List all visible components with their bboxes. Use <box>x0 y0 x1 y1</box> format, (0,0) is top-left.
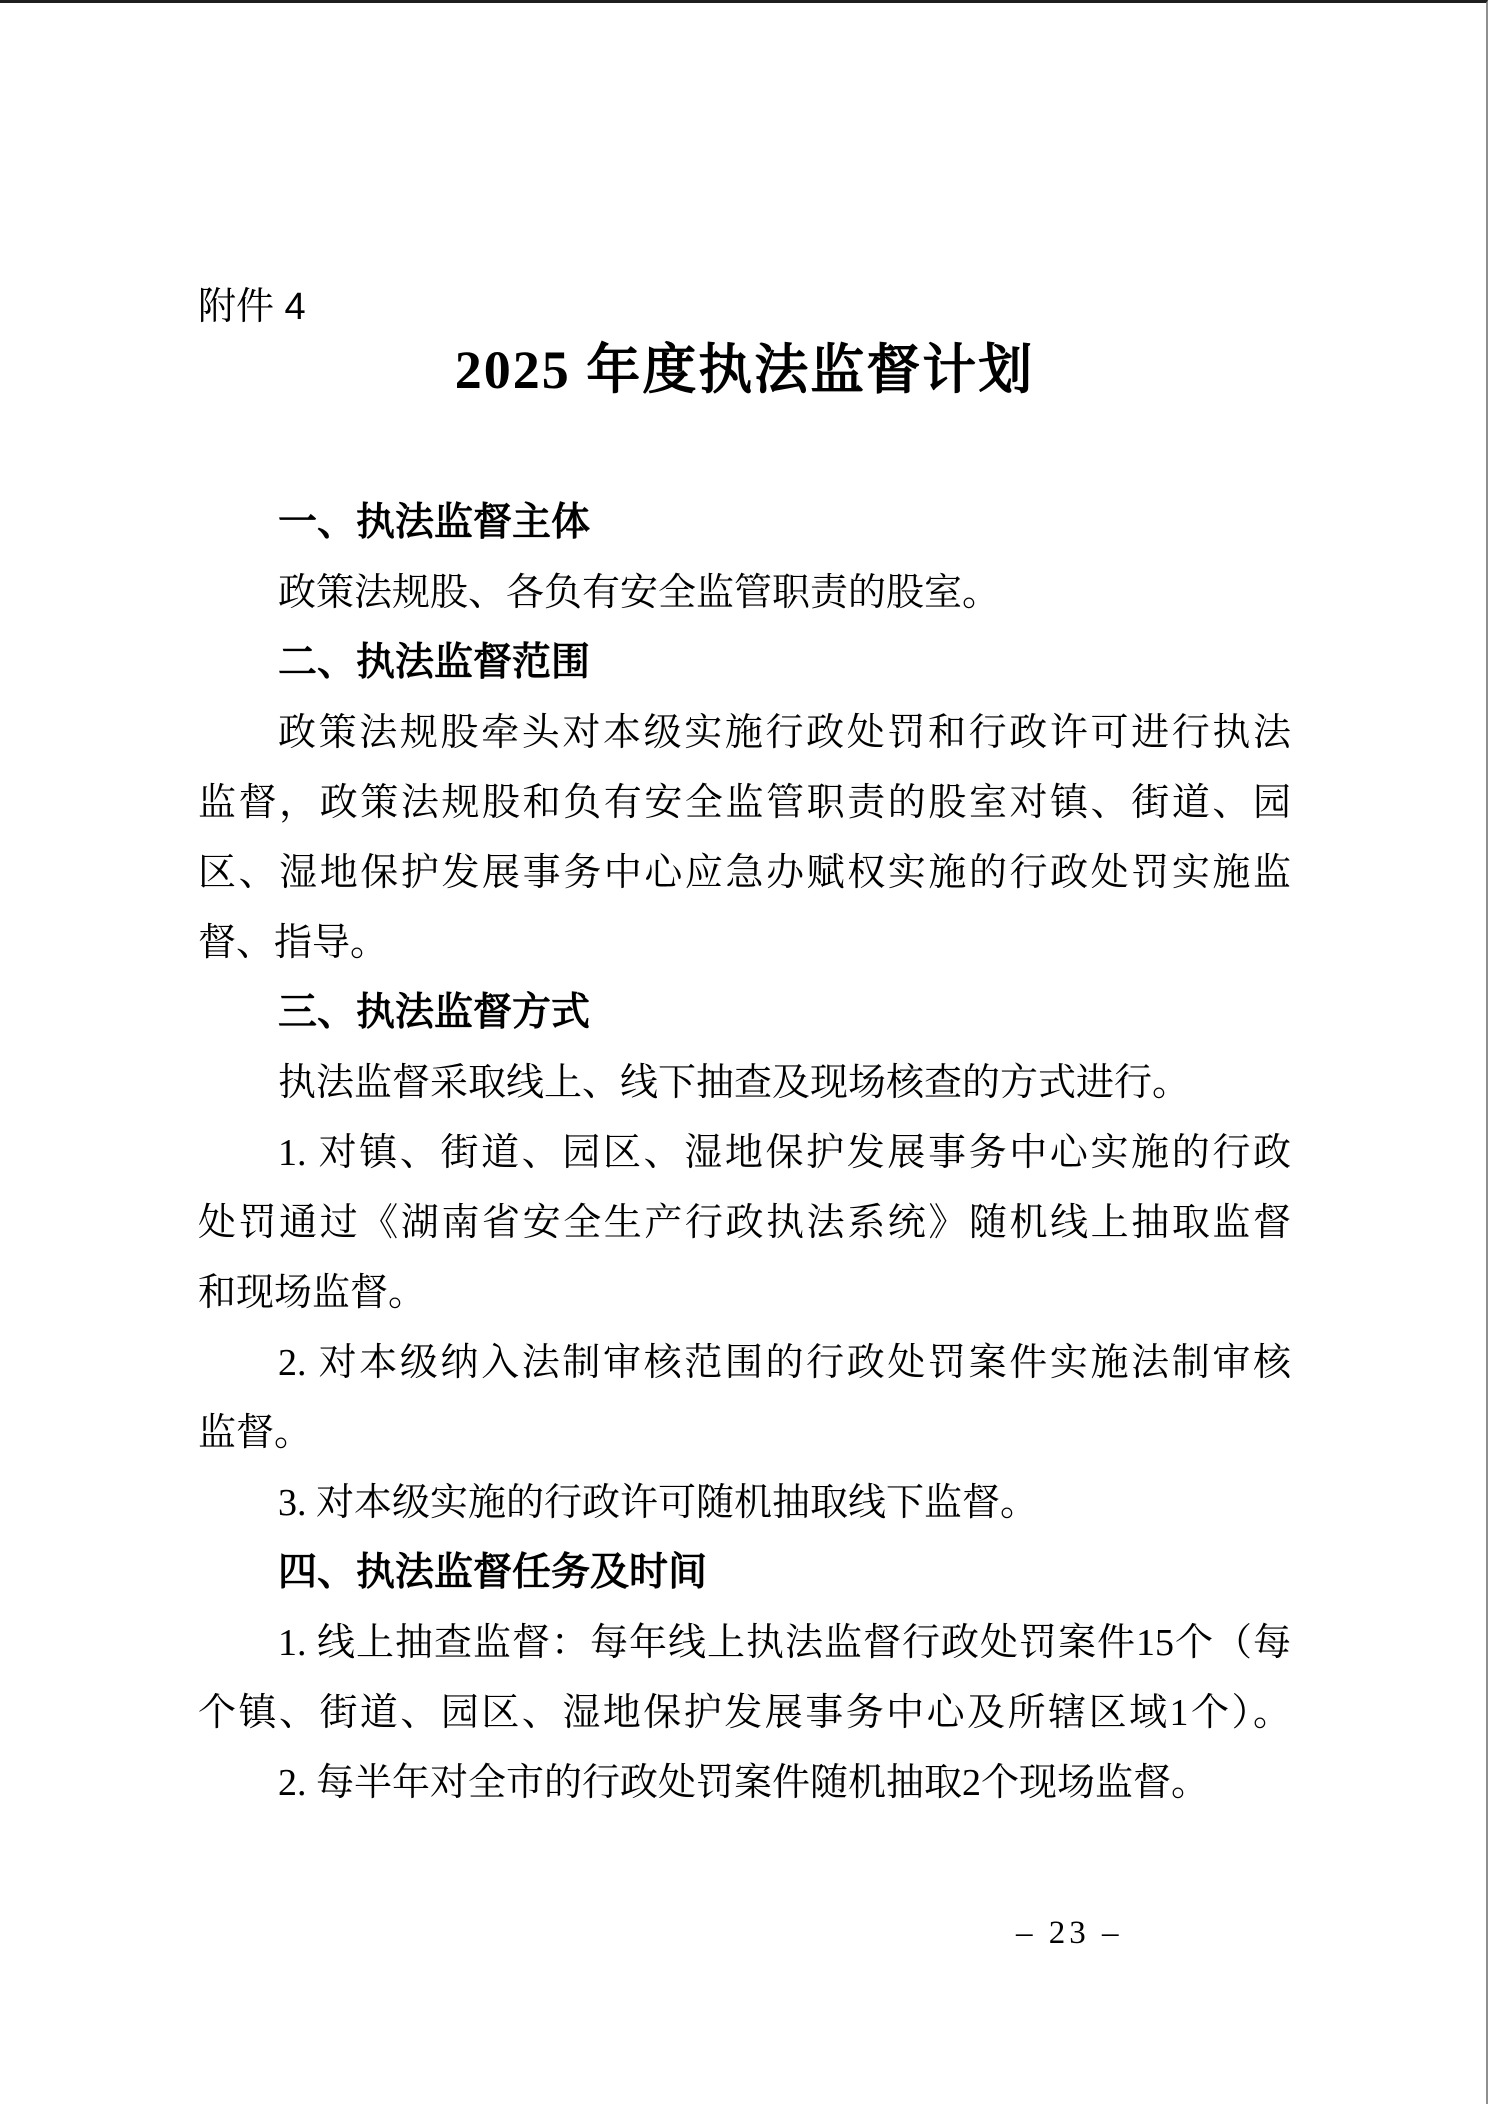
section-heading-2: 二、执法监督范围 <box>198 628 1291 698</box>
body-line: 2. 每半年对全市的行政处罚案件随机抽取2个现场监督。 <box>198 1748 1291 1818</box>
body-line: 1. 线上抽查监督：每年线上执法监督行政处罚案件15个（每 <box>198 1608 1291 1678</box>
body-line: 处罚通过《湖南省安全生产行政执法系统》随机线上抽取监督 <box>198 1188 1291 1258</box>
attachment-label: 附件 4 <box>198 285 306 329</box>
body-line: 2. 对本级纳入法制审核范围的行政处罚案件实施法制审核 <box>198 1328 1291 1398</box>
body-line: 政策法规股牵头对本级实施行政处罚和行政许可进行执法 <box>198 698 1291 768</box>
body-line: 3. 对本级实施的行政许可随机抽取线下监督。 <box>198 1468 1291 1538</box>
section-heading-3: 三、执法监督方式 <box>198 978 1291 1048</box>
body-line: 区、湿地保护发展事务中心应急办赋权实施的行政处罚实施监 <box>198 838 1291 908</box>
page-number: – 23 – <box>1016 1913 1123 1953</box>
section-heading-4: 四、执法监督任务及时间 <box>198 1538 1291 1608</box>
body-line: 监督。 <box>198 1398 1291 1468</box>
section-heading-1: 一、执法监督主体 <box>198 488 1291 558</box>
document-body: 一、执法监督主体 政策法规股、各负有安全监管职责的股室。 二、执法监督范围 政策… <box>198 488 1291 1818</box>
body-line: 和现场监督。 <box>198 1258 1291 1328</box>
body-line: 1. 对镇、街道、园区、湿地保护发展事务中心实施的行政 <box>198 1118 1291 1188</box>
document-title: 2025 年度执法监督计划 <box>198 336 1291 404</box>
document-page: 附件 4 2025 年度执法监督计划 一、执法监督主体 政策法规股、各负有安全监… <box>0 0 1488 2104</box>
body-line: 执法监督采取线上、线下抽查及现场核查的方式进行。 <box>198 1048 1291 1118</box>
body-line: 个镇、街道、园区、湿地保护发展事务中心及所辖区域1个）。 <box>198 1678 1291 1748</box>
body-line: 督、指导。 <box>198 908 1291 978</box>
body-line: 政策法规股、各负有安全监管职责的股室。 <box>198 558 1291 628</box>
body-line: 监督，政策法规股和负有安全监管职责的股室对镇、街道、园 <box>198 768 1291 838</box>
